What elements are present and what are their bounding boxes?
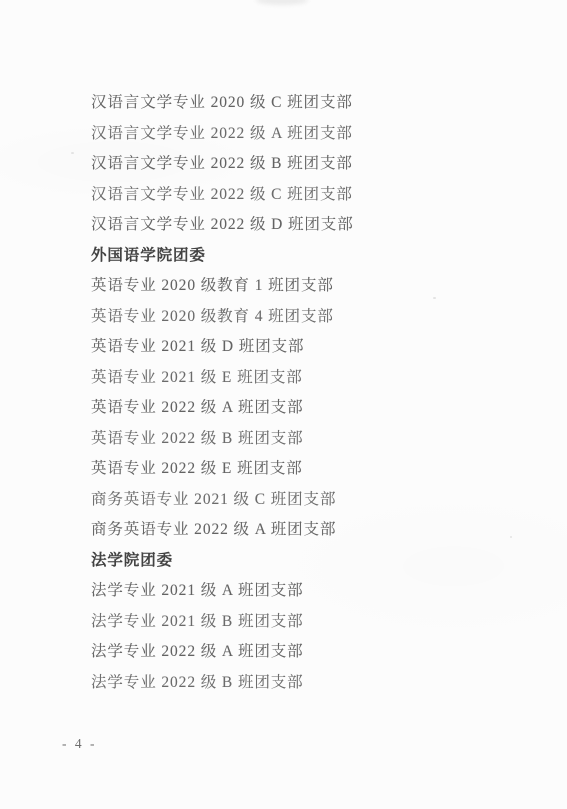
- page-footer: - 4 -: [62, 736, 97, 752]
- branch-item: 英语专业 2021 级 D 班团支部: [91, 332, 511, 363]
- branch-item: 汉语言文学专业 2022 级 C 班团支部: [91, 180, 511, 211]
- branch-item: 法学专业 2021 级 B 班团支部: [91, 607, 511, 638]
- branch-item: 商务英语专业 2022 级 A 班团支部: [91, 515, 511, 546]
- branch-item: 法学专业 2021 级 A 班团支部: [91, 576, 511, 607]
- branch-item: 汉语言文学专业 2022 级 B 班团支部: [91, 149, 511, 180]
- scan-speck: [71, 152, 74, 154]
- branch-item: 商务英语专业 2021 级 C 班团支部: [91, 485, 511, 516]
- branch-item: 英语专业 2020 级教育 1 班团支部: [91, 271, 511, 302]
- branch-item: 英语专业 2022 级 A 班团支部: [91, 393, 511, 424]
- branch-list: 汉语言文学专业 2020 级 C 班团支部汉语言文学专业 2022 级 A 班团…: [91, 88, 511, 698]
- branch-item: 英语专业 2022 级 E 班团支部: [91, 454, 511, 485]
- page-number: - 4 -: [62, 736, 97, 751]
- section-heading: 外国语学院团委: [91, 241, 511, 272]
- branch-item: 法学专业 2022 级 B 班团支部: [91, 668, 511, 699]
- branch-item: 英语专业 2021 级 E 班团支部: [91, 363, 511, 394]
- branch-item: 汉语言文学专业 2020 级 C 班团支部: [91, 88, 511, 119]
- branch-item: 英语专业 2020 级教育 4 班团支部: [91, 302, 511, 333]
- branch-item: 法学专业 2022 级 A 班团支部: [91, 637, 511, 668]
- branch-item: 汉语言文学专业 2022 级 A 班团支部: [91, 119, 511, 150]
- branch-item: 英语专业 2022 级 B 班团支部: [91, 424, 511, 455]
- section-heading: 法学院团委: [91, 546, 511, 577]
- scanned-page: 汉语言文学专业 2020 级 C 班团支部汉语言文学专业 2022 级 A 班团…: [0, 0, 567, 809]
- scan-artifact-smudge: [256, 0, 308, 5]
- branch-item: 汉语言文学专业 2022 级 D 班团支部: [91, 210, 511, 241]
